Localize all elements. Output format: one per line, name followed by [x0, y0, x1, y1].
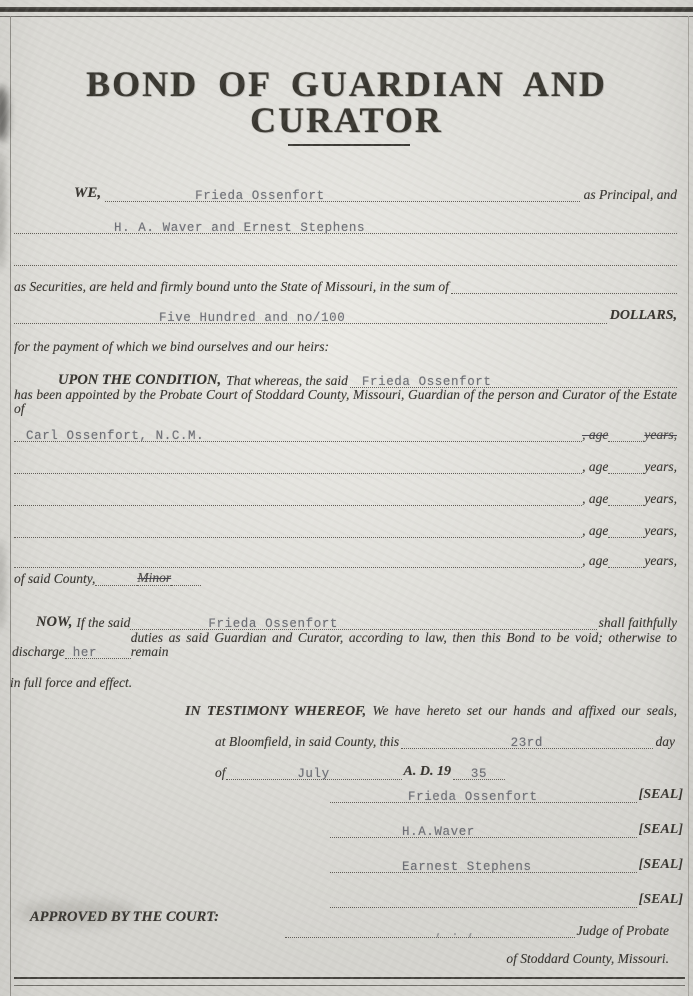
page-title: BOND OF GUARDIAN AND CURATOR	[0, 66, 693, 138]
upon-condition-label: UPON THE CONDITION,	[58, 373, 221, 388]
month-value: July	[297, 768, 329, 781]
judge-marks: , . ,	[435, 926, 476, 939]
month-of-label: of	[215, 766, 226, 780]
securities-names-value: H. A. Waver and Ernest Stephens	[114, 222, 365, 235]
scanned-bond-document: BOND OF GUARDIAN AND CURATOR WE, Frieda …	[0, 0, 693, 996]
age-blank	[608, 567, 644, 568]
years-label: years,	[644, 460, 677, 474]
seal-label: [SEAL]	[639, 892, 683, 908]
ad-label: A. D. 19	[404, 765, 451, 780]
judge-county-label: of Stoddard County, Missouri.	[506, 952, 669, 966]
years-label: years,	[644, 524, 677, 538]
scan-left-line	[10, 16, 11, 996]
scan-smudge	[0, 150, 5, 270]
scan-top-border	[0, 7, 693, 12]
if-said-text: If the said	[76, 616, 130, 630]
sum-lead-line	[451, 293, 677, 294]
faithfully-label: shall faithfully	[599, 616, 677, 630]
ward-name-value: Carl Ossenfort, N.C.M.	[26, 430, 204, 443]
guardian-name-line: Frieda Ossenfort	[350, 375, 677, 389]
day-value: 23rd	[511, 737, 543, 750]
minor-line: Minor	[137, 571, 171, 586]
ward-name-line	[14, 505, 582, 506]
scan-top-line	[0, 16, 693, 17]
judge-label: Judge of Probate	[577, 924, 669, 938]
seal-label: [SEAL]	[639, 822, 683, 838]
now-label: NOW,	[36, 615, 72, 630]
age-blank	[608, 505, 644, 506]
scan-smudge	[0, 540, 5, 630]
ward-name-line	[14, 537, 582, 538]
duties-text: duties as said Guardian and Curator, acc…	[131, 631, 677, 659]
years-label-struck: years,	[644, 428, 677, 442]
force-text: in full force and effect.	[10, 676, 132, 690]
covenant-name-line: Frieda Ossenfort	[130, 617, 596, 631]
age-label: , age	[582, 554, 608, 568]
signature-name: Frieda Ossenfort	[408, 791, 538, 804]
sum-words-line: Five Hundred and no/100	[14, 311, 607, 325]
year-value: 35	[471, 768, 487, 781]
county-text: of said County,	[14, 572, 95, 586]
ward-name-line: Carl Ossenfort, N.C.M.	[14, 429, 582, 443]
age-blank	[608, 441, 644, 442]
scan-bottom-rule	[14, 977, 685, 986]
age-blank	[608, 537, 644, 538]
years-label: years,	[644, 554, 677, 568]
seal-label: [SEAL]	[639, 787, 683, 803]
ward-name-line	[14, 473, 582, 474]
principal-name-value: Frieda Ossenfort	[195, 190, 325, 203]
minor-label-struck: Minor	[137, 571, 171, 585]
year-line: 35	[453, 767, 505, 781]
signature-line: Earnest Stephens	[330, 860, 637, 874]
judge-signature-line: , . ,	[285, 925, 575, 939]
pronoun-line: her	[65, 646, 131, 660]
pronoun-value: her	[73, 647, 97, 660]
age-label: , age	[582, 460, 608, 474]
payment-clause: for the payment of which we bind ourselv…	[14, 340, 329, 354]
principal-name-line: Frieda Ossenfort	[105, 189, 580, 203]
approved-label: APPROVED BY THE COURT:	[30, 910, 219, 925]
age-blank	[608, 473, 644, 474]
as-principal-label: as Principal, and	[584, 188, 677, 202]
age-label: , age	[582, 492, 608, 506]
appointed-text: has been appointed by the Probate Court …	[14, 388, 677, 416]
signature-name: Earnest Stephens	[402, 861, 532, 874]
signature-line	[330, 907, 637, 908]
seal-label: [SEAL]	[639, 857, 683, 873]
testimony-place-text: at Bloomfield, in said County, this	[215, 735, 399, 749]
securities-names-line: H. A. Waver and Ernest Stephens	[14, 221, 677, 235]
years-label: years,	[644, 492, 677, 506]
title-rule	[288, 144, 410, 146]
signature-line: Frieda Ossenfort	[330, 790, 637, 804]
whereas-text: That whereas, the said	[226, 374, 348, 388]
sum-words-value: Five Hundred and no/100	[159, 312, 345, 325]
day-line: 23rd	[401, 736, 652, 750]
testimony-whereof-label: IN TESTIMONY WHEREOF,	[185, 704, 366, 719]
we-label: WE,	[74, 186, 101, 202]
age-label-struck: , age	[582, 428, 608, 442]
covenant-name-value: Frieda Ossenfort	[208, 618, 338, 631]
testimony-line: IN TESTIMONY WHEREOF, We have hereto set…	[185, 704, 677, 720]
discharge-label: discharge	[12, 645, 65, 659]
county-blank	[171, 585, 201, 586]
age-label: , age	[582, 524, 608, 538]
day-label: day	[656, 735, 676, 749]
signature-name: H.A.Waver	[402, 826, 475, 839]
county-blank	[95, 585, 137, 586]
dollars-label: DOLLARS,	[610, 309, 677, 324]
month-line: July	[226, 767, 402, 781]
testimony-whereof-text: We have hereto set our hands and affixed…	[372, 703, 677, 718]
signature-line: H.A.Waver	[330, 825, 637, 839]
scan-right-line	[688, 16, 689, 996]
securities-clause: as Securities, are held and firmly bound…	[14, 280, 449, 294]
blank-line	[14, 265, 677, 266]
